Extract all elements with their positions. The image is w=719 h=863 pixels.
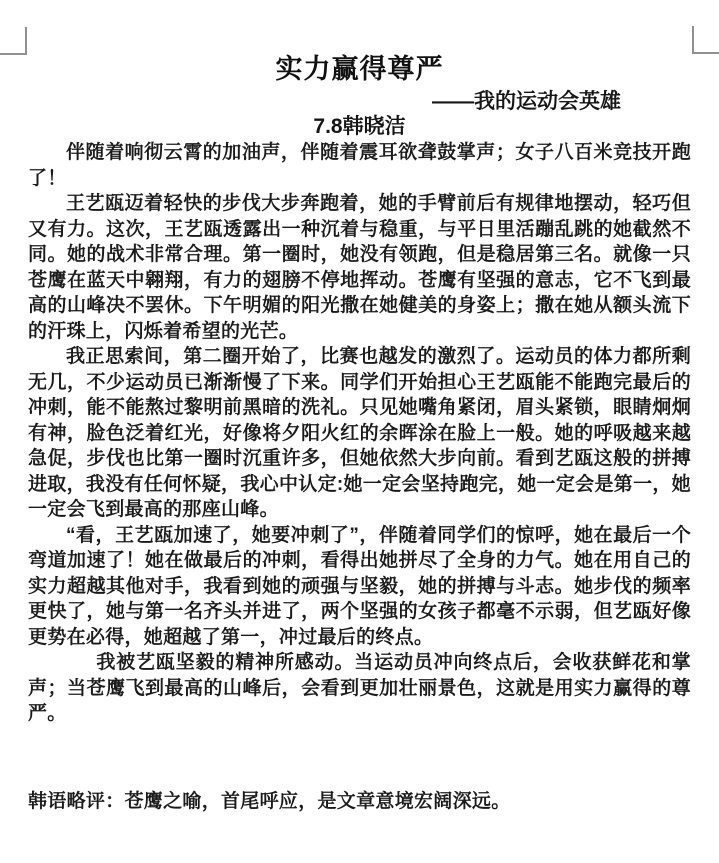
essay-title: 实力赢得尊严 xyxy=(28,52,691,86)
essay-paragraph-5: 我被艺瓯坚毅的精神所感动。当运动员冲向终点后，会收获鲜花和掌声；当苍鹰飞到最高的… xyxy=(28,650,691,727)
essay-paragraph-1: 伴随着响彻云霄的加油声，伴随着震耳欲聋鼓掌声；女子八百米竞技开跑了！ xyxy=(28,140,691,191)
scan-corner-mark-top-left xyxy=(0,27,27,55)
essay-paragraph-3: 我正思索间，第二圈开始了，比赛也越发的激烈了。运动员的体力都所剩无几，不少运动员… xyxy=(28,344,691,523)
teacher-comment: 韩语略评：苍鹰之喻，首尾呼应，是文章意境宏阔深远。 xyxy=(28,789,691,814)
scan-corner-mark-top-right xyxy=(692,26,719,54)
essay-paragraph-4: “看，王艺瓯加速了，她要冲刺了”，伴随着同学们的惊呼，她在最后一个弯道加速了！她… xyxy=(28,523,691,651)
essay-subtitle: ——我的运动会英雄 xyxy=(28,89,691,114)
essay-paragraph-2: 王艺瓯迈着轻快的步伐大步奔跑着，她的手臂前后有规律地摆动，轻巧但又有力。这次，王… xyxy=(28,191,691,344)
essay-byline: 7.8韩晓洁 xyxy=(28,114,691,140)
essay-page: 实力赢得尊严 ——我的运动会英雄 7.8韩晓洁 伴随着响彻云霄的加油声，伴随着震… xyxy=(0,0,719,863)
